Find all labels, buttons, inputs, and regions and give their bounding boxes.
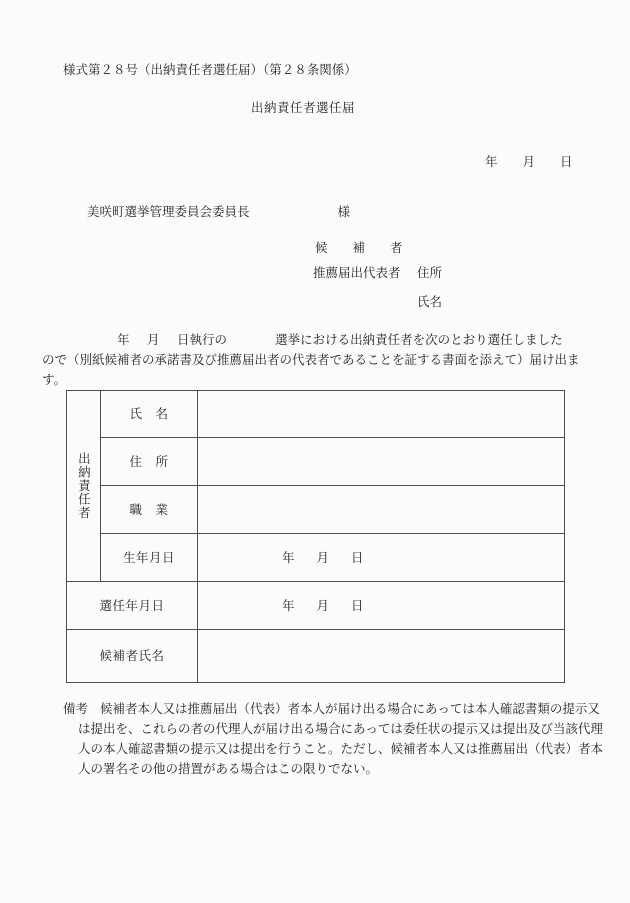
body-paragraph-line3: す。 [42,372,66,388]
row-label-name: 氏 名 [101,391,198,438]
birthdate-placeholder: 年 月 日 [198,550,564,566]
remarks-text-line3: 人の本人確認書類の提示又は提出を行うこと。ただし、候補者本人又は推薦届出（代表）… [78,741,603,757]
document-title: 出納責任者選任届 [0,100,606,116]
table-row-name: 出納責任者 氏 名 [67,391,565,438]
accounting-manager-table: 出納責任者 氏 名 住 所 職 業 生年月日 年 月 日 選任年月日 [66,390,565,683]
table-row-candidate-name: 候補者氏名 [67,630,565,683]
date-line: 年 月 日 [485,154,573,170]
field-name-value [198,391,565,438]
date-year-label: 年 [485,154,498,170]
birthdate-year-label: 年 [282,550,295,566]
remarks-text-line4: 人の署名その他の措置がある場合はこの限りでない。 [78,761,378,777]
table-row-birthdate: 生年月日 年 月 日 [67,534,565,582]
body-paragraph-line1: 年 月 日 執行の 選挙における出納責任者を次のとおり選任しました [117,332,563,348]
appointment-date-placeholder: 年 月 日 [198,598,564,614]
group-header-cell: 出納責任者 [67,391,101,582]
table-row-appointment-date: 選任年月日 年 月 日 [67,582,565,630]
field-appointment-date-value: 年 月 日 [198,582,565,630]
date-month-label: 月 [523,154,536,170]
form-number: 様式第２８号（出納責任者選任届）（第２８条関係） [63,62,357,78]
field-occupation-value [198,486,565,534]
table-row-address: 住 所 [67,438,565,486]
birthdate-day-label: 日 [351,550,364,566]
body-blank-month: 月 [147,332,160,348]
representative-label: 推薦届出代表者 [313,265,401,281]
date-day-label: 日 [560,154,573,170]
body-exec-suffix: 執行の [190,332,228,348]
candidate-label: 候 補 者 [315,240,403,256]
appointment-month-label: 月 [317,598,330,614]
addressee-name: 美咲町選挙管理委員会委員長 [87,204,250,220]
body-blank-day: 日 [177,332,190,348]
appointment-year-label: 年 [282,598,295,614]
body-paragraph-line2: ので（別紙候補者の承諾書及び推薦届出者の代表者であることを証する書面を添えて）届… [42,352,580,368]
body-blank-year: 年 [117,332,130,348]
remarks-line1: 備考 候補者本人又は推薦届出（代表）者本人が届け出る場合にあっては本人確認書類の… [63,701,600,717]
remarks-text-line2: は提出を、これらの者の代理人が届け出る場合にあっては委任状の提示又は提出及び当該… [78,721,603,737]
field-birthdate-value: 年 月 日 [198,534,565,582]
row-label-occupation: 職 業 [101,486,198,534]
group-header-label: 出納責任者 [76,452,92,520]
table-row-occupation: 職 業 [67,486,565,534]
document-page: 様式第２８号（出納責任者選任届）（第２８条関係） 出納責任者選任届 年 月 日 … [0,0,630,903]
row-label-appointment-date: 選任年月日 [67,582,198,630]
birthdate-month-label: 月 [317,550,330,566]
appointment-day-label: 日 [351,598,364,614]
addressee-line: 美咲町選挙管理委員会委員長 様 [87,204,350,220]
field-candidate-name-value [198,630,565,683]
remarks-label: 備考 [63,701,88,717]
body-line1-rest: 選挙における出納責任者を次のとおり選任しました [275,332,563,348]
row-label-birthdate: 生年月日 [101,534,198,582]
addressee-honorific: 様 [338,204,351,220]
declarant-address-label: 住所 [417,265,442,281]
declarant-name-label: 氏名 [417,294,442,310]
row-label-address: 住 所 [101,438,198,486]
remarks-text-line1: 候補者本人又は推薦届出（代表）者本人が届け出る場合にあっては本人確認書類の提示又 [100,701,600,717]
field-address-value [198,438,565,486]
row-label-candidate-name: 候補者氏名 [67,630,198,683]
